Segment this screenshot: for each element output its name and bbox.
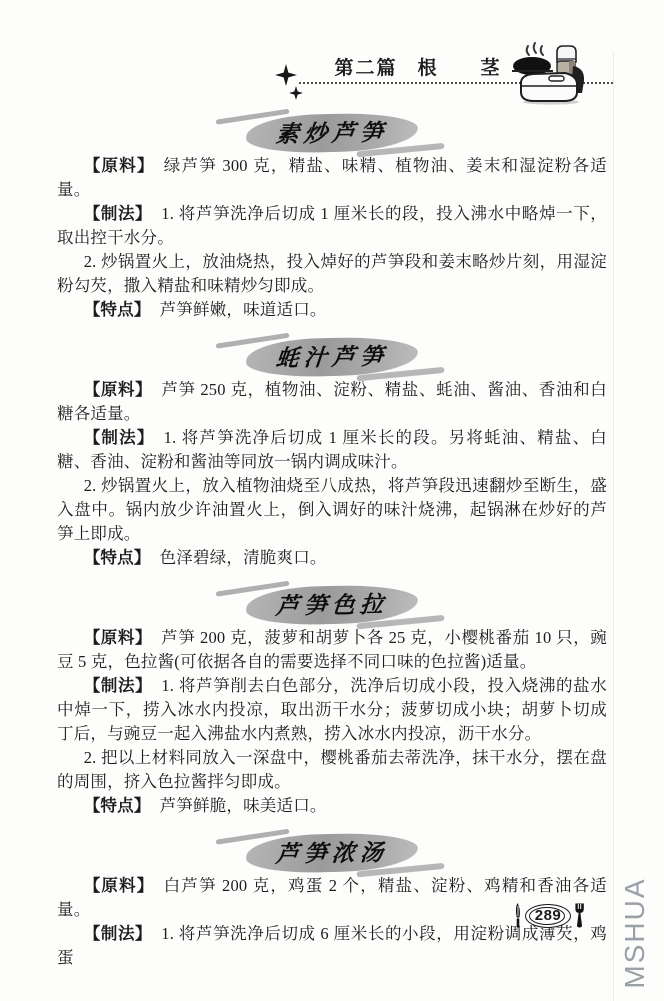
chapter-number: 第二篇 [334, 58, 397, 79]
method-label: 【制法】 [84, 204, 152, 223]
method-step-paragraph: 【制法】1. 将芦笋洗净后切成 1 厘米长的段，投入沸水中略焯一下，取出控干水分… [57, 202, 607, 250]
recipe-section-2: 蚝汁芦笋 【原料】芦笋 250 克，植物油、淀粉、精盐、蚝油、酱油、香油和白糖各… [57, 336, 607, 570]
features-text: 色泽碧绿，清脆爽口。 [160, 548, 327, 567]
scan-edge-line [613, 52, 614, 1001]
features-label: 【特点】 [84, 796, 151, 815]
recipe-title: 素炒芦笋 [274, 114, 389, 149]
recipe-title-banner: 芦笋色拉 [254, 584, 410, 625]
recipe-title-banner: 蚝汁芦笋 [254, 336, 410, 377]
chef-illustration [507, 40, 591, 106]
method-step-text: 2. 把以上材料同放入一深盘中，樱桃番茄去蒂洗净，抹干水分，摆在盘的周围，挤入色… [57, 748, 607, 791]
method-step-paragraph: 【制法】1. 将芦笋削去白色部分，洗净后切成小段，投入烧沸的盐水中焯一下，捞入冰… [57, 674, 607, 746]
chapter-title: 根 茎 [418, 58, 502, 79]
page-number-badge: 289 [512, 902, 586, 929]
method-step-paragraph: 2. 炒锅置火上，放入植物油烧至八成热，将芦笋段迅速翻炒至断生，盛入盘中。锅内放… [57, 474, 607, 546]
features-text: 芦笋鲜脆，味美适口。 [160, 796, 327, 815]
method-label: 【制法】 [84, 428, 155, 447]
ingredients-paragraph: 【原料】绿芦笋 300 克，精盐、味精、植物油、姜末和湿淀粉各适量。 [57, 154, 607, 202]
ingredients-label: 【原料】 [84, 628, 152, 647]
method-step-text: 2. 炒锅置火上，放入植物油烧至八成热，将芦笋段迅速翻炒至断生，盛入盘中。锅内放… [57, 476, 607, 543]
page-number-oval: 289 [525, 904, 571, 928]
recipe-section-3: 芦笋色拉 【原料】芦笋 200 克，菠萝和胡萝卜各 25 克，小樱桃番茄 10 … [57, 584, 607, 818]
features-paragraph: 【特点】色泽碧绿，清脆爽口。 [57, 546, 607, 570]
recipe-section-1: 素炒芦笋 【原料】绿芦笋 300 克，精盐、味精、植物油、姜末和湿淀粉各适量。 … [57, 112, 607, 322]
recipe-title-banner: 素炒芦笋 [254, 112, 410, 153]
features-text: 芦笋鲜嫩，味道适口。 [160, 300, 327, 319]
method-step-text: 2. 炒锅置火上，放油烧热，投入焯好的芦笋段和姜末略炒片刻，用湿淀粉勾芡，撒入精… [57, 252, 607, 295]
method-label: 【制法】 [84, 924, 152, 943]
recipe-title: 芦笋色拉 [274, 586, 389, 621]
method-step-paragraph: 2. 炒锅置火上，放油烧热，投入焯好的芦笋段和姜末略炒片刻，用湿淀粉勾芡，撒入精… [57, 250, 607, 298]
book-page: 第二篇根 茎 素炒芦笋 【原料】绿芦笋 300 克，精盐、味精、植物油、姜末和湿… [0, 0, 664, 1001]
knife-icon [512, 902, 523, 929]
page-number: 289 [535, 907, 562, 924]
page-header: 第二篇根 茎 [57, 50, 607, 92]
method-step-paragraph: 【制法】1. 将芦笋洗净后切成 1 厘米长的段。另将蚝油、精盐、白糖、香油、淀粉… [57, 426, 607, 474]
recipe-title-banner: 芦笋浓汤 [254, 832, 410, 873]
chapter-heading: 第二篇根 茎 [299, 53, 537, 80]
method-step-paragraph: 2. 把以上材料同放入一深盘中，樱桃番茄去蒂洗净，抹干水分，摆在盘的周围，挤入色… [57, 746, 607, 794]
ingredients-label: 【原料】 [84, 156, 155, 175]
method-step-paragraph: 【制法】1. 将芦笋洗净后切成 6 厘米长的小段，用淀粉调成薄芡，鸡蛋 [57, 922, 607, 970]
ingredients-paragraph: 【原料】芦笋 200 克，菠萝和胡萝卜各 25 克，小樱桃番茄 10 只，豌豆 … [57, 626, 607, 674]
features-label: 【特点】 [84, 548, 151, 567]
features-paragraph: 【特点】芦笋鲜脆，味美适口。 [57, 794, 607, 818]
features-label: 【特点】 [84, 300, 151, 319]
features-paragraph: 【特点】芦笋鲜嫩，味道适口。 [57, 298, 607, 322]
ingredients-label: 【原料】 [84, 380, 153, 399]
recipe-section-4: 芦笋浓汤 【原料】白芦笋 200 克，鸡蛋 2 个，精盐、淀粉、鸡精和香油各适量… [57, 832, 607, 970]
watermark: MSHUA [617, 868, 653, 998]
recipe-title: 芦笋浓汤 [274, 834, 389, 869]
fork-icon [573, 902, 586, 929]
method-label: 【制法】 [84, 676, 153, 695]
recipe-title: 蚝汁芦笋 [274, 338, 389, 373]
ingredients-paragraph: 【原料】芦笋 250 克，植物油、淀粉、精盐、蚝油、酱油、香油和白糖各适量。 [57, 378, 607, 426]
ingredients-label: 【原料】 [84, 876, 155, 895]
